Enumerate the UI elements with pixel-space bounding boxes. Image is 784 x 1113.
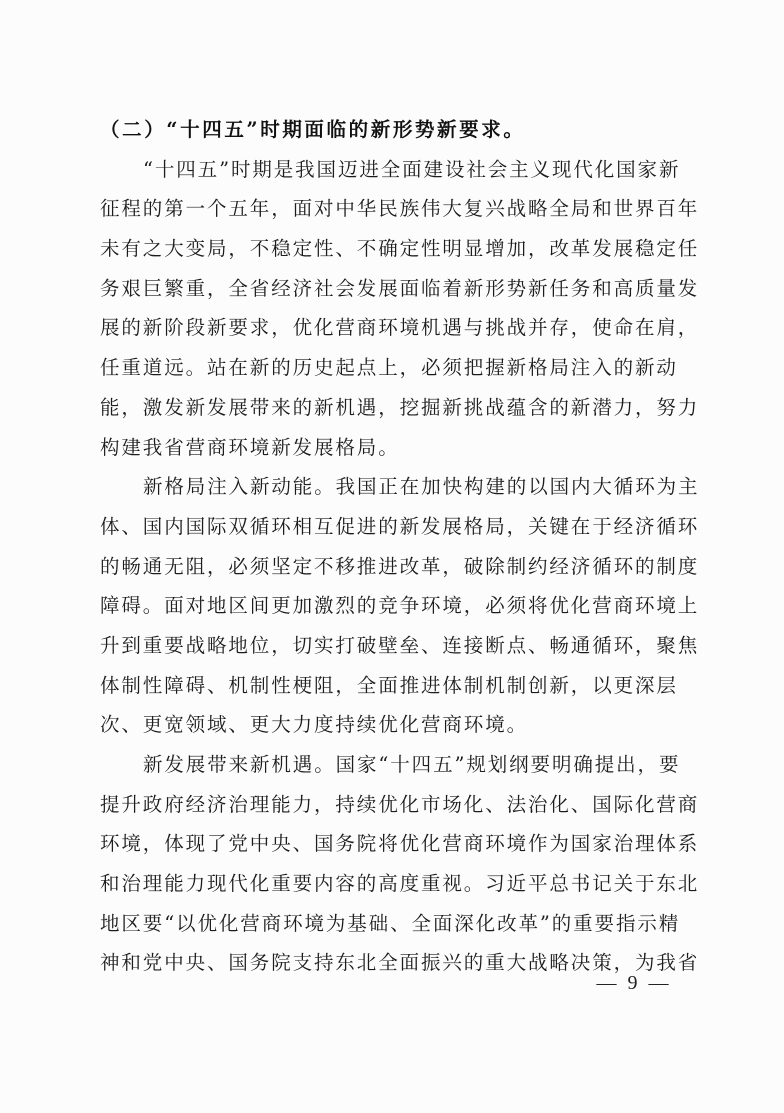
text-line: 的畅通无阻，必须坚定不移推进改革，破除制约经济循环的制度: [100, 547, 677, 587]
text-line: 未有之大变局，不稳定性、不确定性明显增加，改革发展稳定任: [100, 229, 677, 269]
paragraph-new-development: 新发展带来新机遇。国家“十四五”规划纲要明确提出，要 提升政府经济治理能力，持续…: [100, 745, 677, 983]
text-line: 和治理能力现代化重要内容的高度重视。习近平总书记关于东北: [100, 864, 677, 904]
text-line: 体制性障碍、机制性梗阻，全面推进体制机制创新，以更深层: [100, 666, 677, 706]
text-line: 次、更宽领域、更大力度持续优化营商环境。: [100, 705, 677, 745]
text-line: 构建我省营商环境新发展格局。: [100, 428, 677, 468]
text-line: “十四五”时期是我国迈进全面建设社会主义现代化国家新: [100, 150, 677, 190]
text-line: 征程的第一个五年，面对中华民族伟大复兴战略全局和世界百年: [100, 189, 677, 229]
text-line: 务艰巨繁重，全省经济社会发展面临着新形势新任务和高质量发: [100, 269, 677, 309]
paragraph-new-pattern: 新格局注入新动能。我国正在加快构建的以国内大循环为主 体、国内国际双循环相互促进…: [100, 467, 677, 745]
text-line: 新发展带来新机遇。国家“十四五”规划纲要明确提出，要: [100, 745, 677, 785]
section-heading: （二）“十四五”时期面临的新形势新要求。: [100, 110, 677, 150]
document-page: （二）“十四五”时期面临的新形势新要求。 “十四五”时期是我国迈进全面建设社会主…: [0, 0, 784, 1113]
text-line: 提升政府经济治理能力，持续优化市场化、法治化、国际化营商: [100, 785, 677, 825]
text-line: 地区要“以优化营商环境为基础、全面深化改革”的重要指示精: [100, 904, 677, 944]
text-line: 新格局注入新动能。我国正在加快构建的以国内大循环为主: [100, 467, 677, 507]
text-line: 体、国内国际双循环相互促进的新发展格局，关键在于经济循环: [100, 507, 677, 547]
paragraph-intro: “十四五”时期是我国迈进全面建设社会主义现代化国家新 征程的第一个五年，面对中华…: [100, 150, 677, 468]
text-line: 展的新阶段新要求，优化营商环境机遇与挑战并存，使命在肩，: [100, 308, 677, 348]
text-line: 神和党中央、国务院支持东北全面振兴的重大战略决策，为我省: [100, 943, 677, 983]
body-text: （二）“十四五”时期面临的新形势新要求。 “十四五”时期是我国迈进全面建设社会主…: [100, 110, 677, 983]
text-line: 环境，体现了党中央、国务院将优化营商环境作为国家治理体系: [100, 824, 677, 864]
text-line: 障碍。面对地区间更加激烈的竞争环境，必须将优化营商环境上: [100, 586, 677, 626]
page-number: — 9 —: [592, 972, 676, 995]
text-line: 任重道远。站在新的历史起点上，必须把握新格局注入的新动: [100, 348, 677, 388]
text-line: 升到重要战略地位，切实打破壁垒、连接断点、畅通循环，聚焦: [100, 626, 677, 666]
text-line: 能，激发新发展带来的新机遇，挖掘新挑战蕴含的新潜力，努力: [100, 388, 677, 428]
